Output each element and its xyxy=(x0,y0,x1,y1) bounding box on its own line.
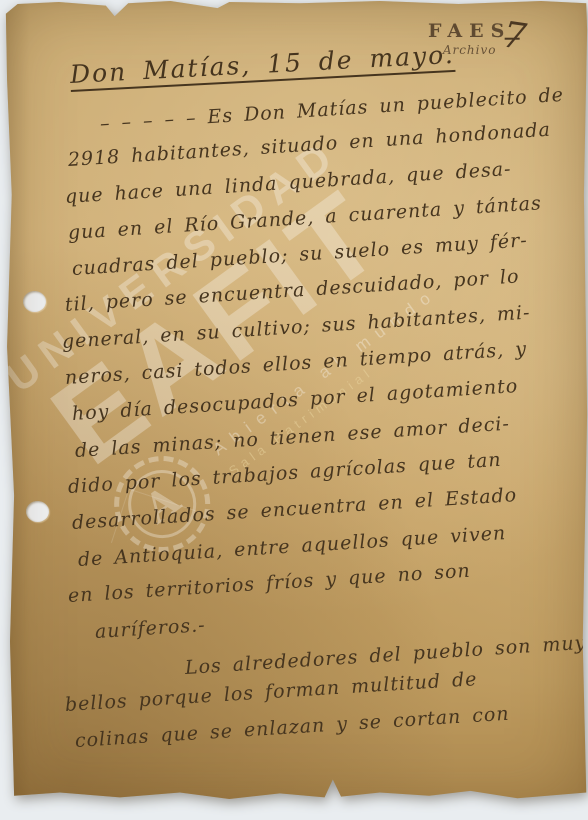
scanned-page: UNIVERSIDAD EAFIT A Abierta al mundo Sal… xyxy=(0,0,588,820)
paper-sheet: UNIVERSIDAD EAFIT A Abierta al mundo Sal… xyxy=(0,0,588,812)
manuscript-body: – – – – – Es Don Matías un pueblecito de… xyxy=(58,106,558,759)
punch-hole-top xyxy=(23,291,46,312)
handwritten-page-number: 7 xyxy=(500,15,528,59)
punch-hole-bottom xyxy=(26,501,49,522)
manuscript-title: Don Matías, 15 de mayo. xyxy=(69,40,455,89)
stamp-title: FAES xyxy=(428,20,511,42)
